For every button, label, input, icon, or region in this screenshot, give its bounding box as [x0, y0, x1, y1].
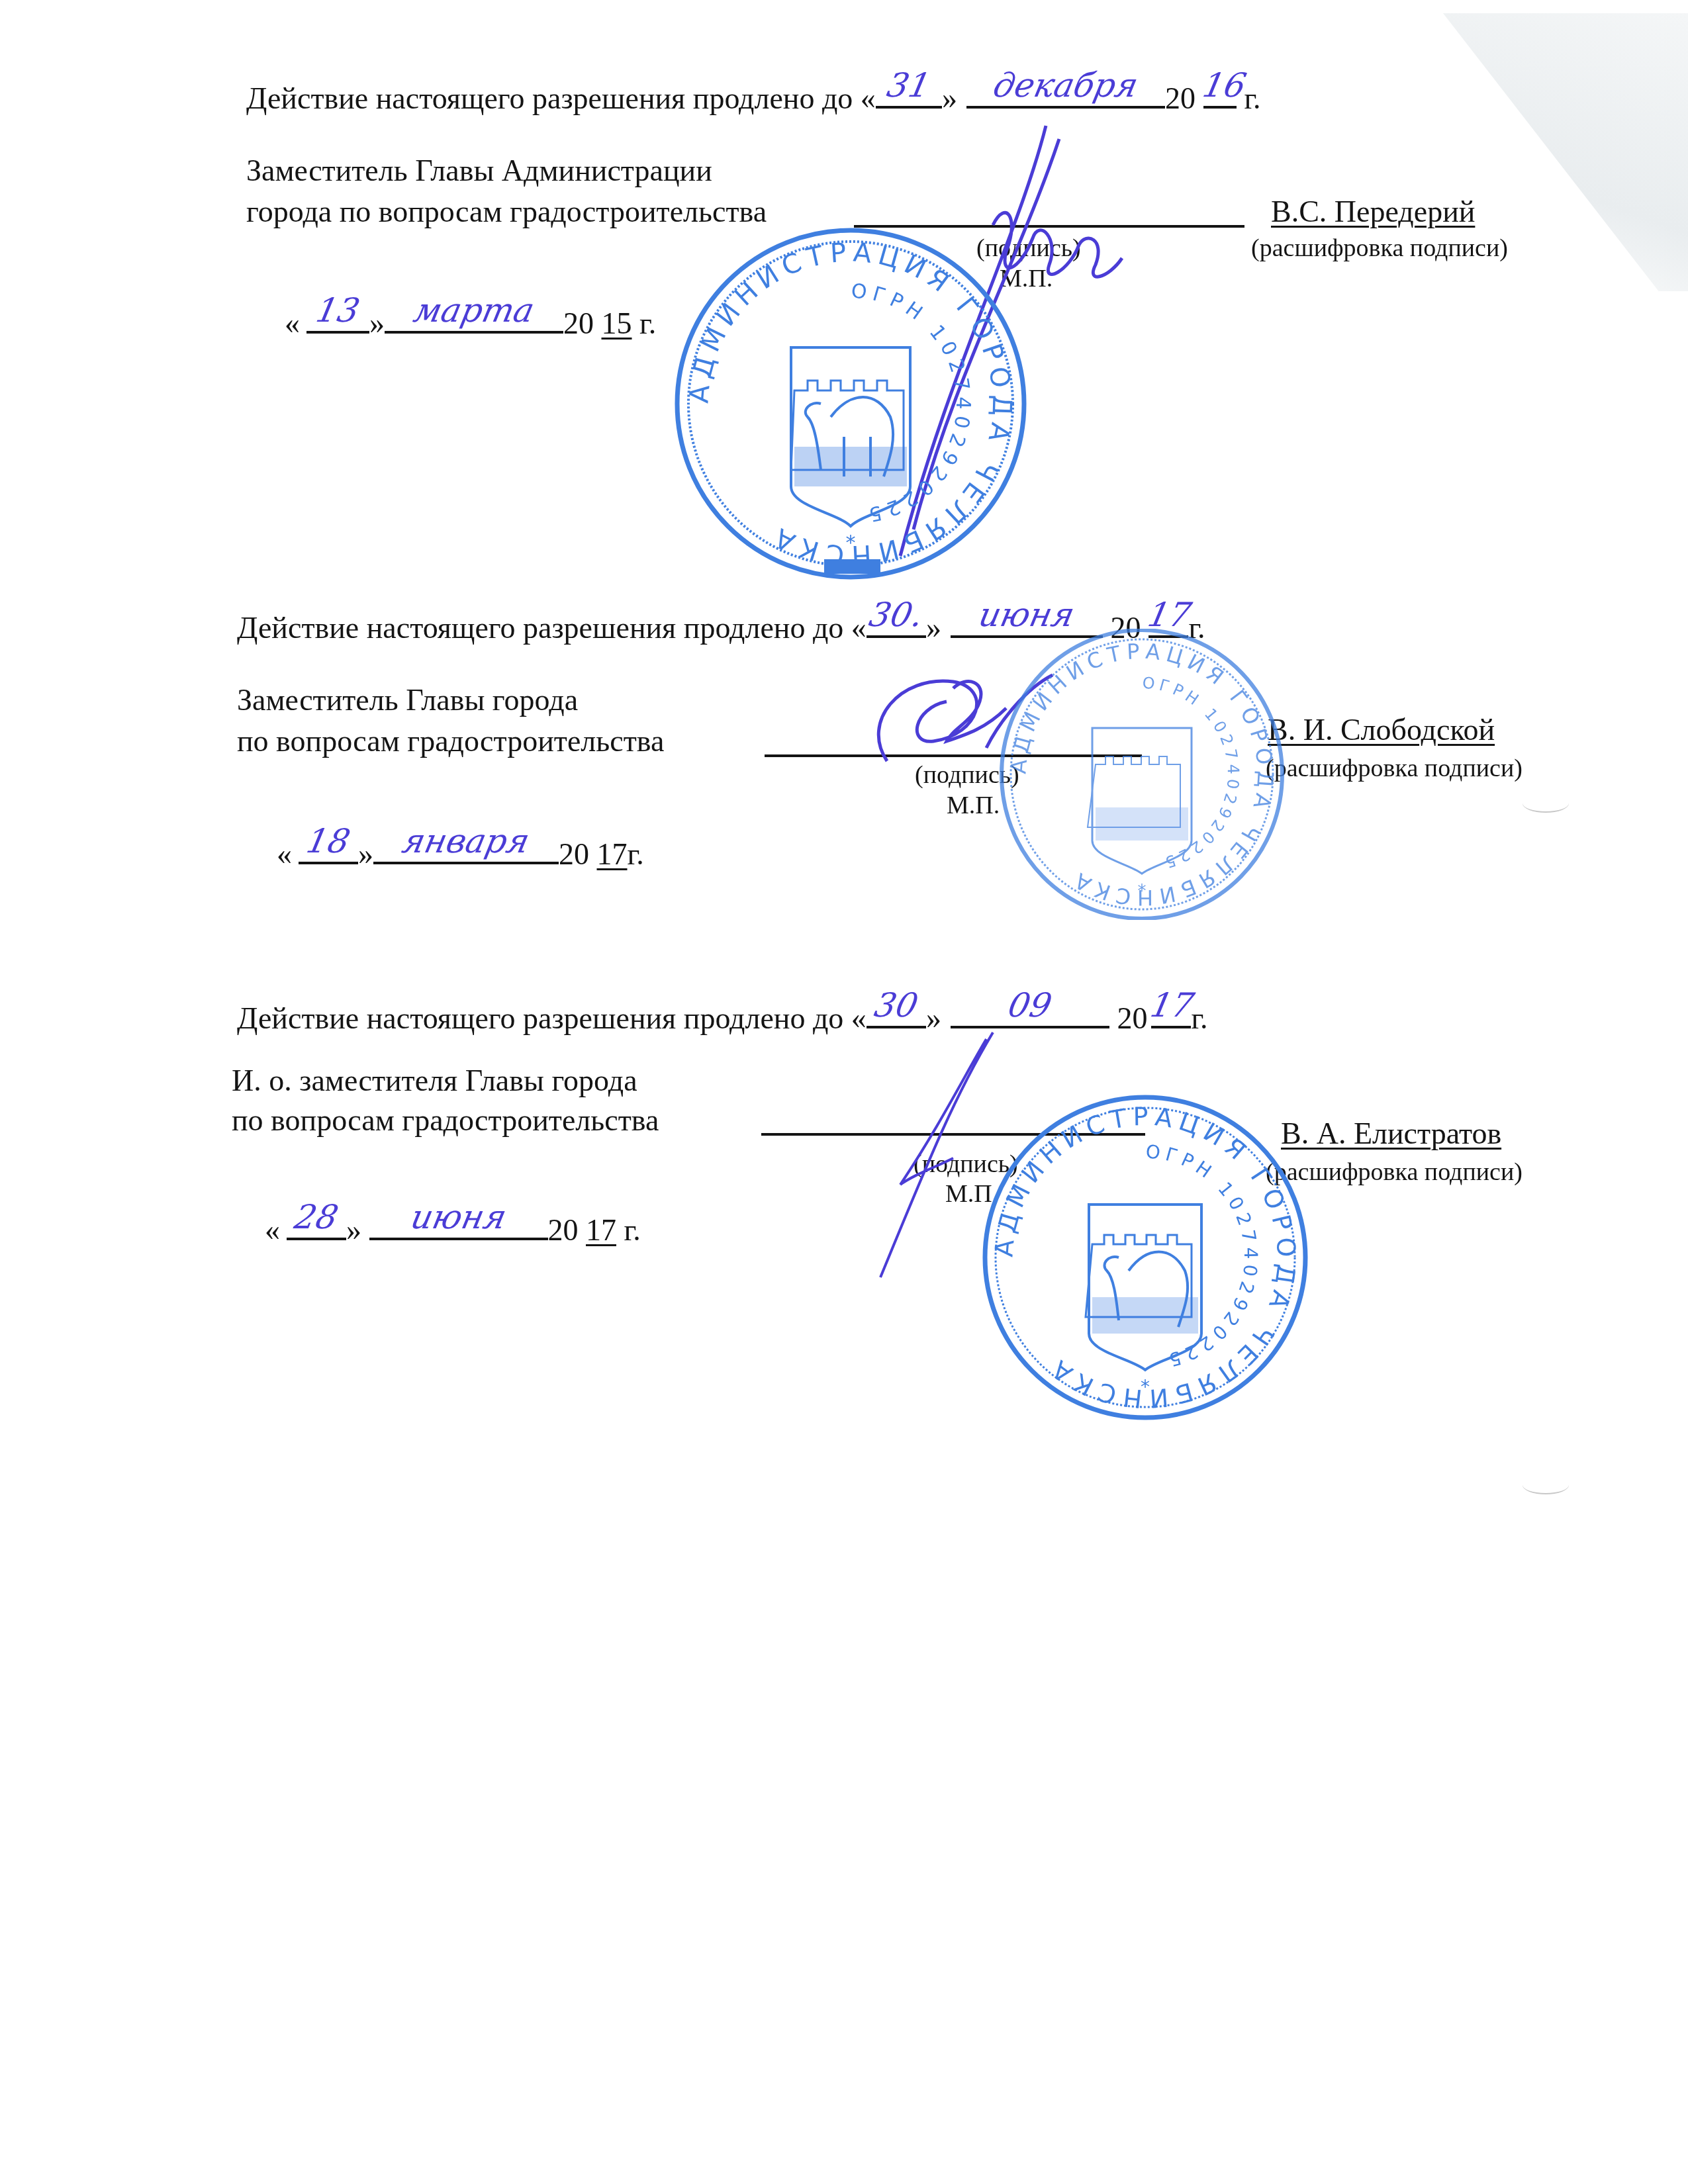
handwritten-day: 13: [303, 294, 373, 327]
position-title: по вопросам градостроительства: [232, 1105, 659, 1136]
svg-text:*: *: [846, 531, 856, 555]
handwritten-month: июня: [947, 598, 1107, 631]
position-title: города по вопросам градостроительства: [246, 197, 767, 227]
extension-date-line: Действие настоящего разрешения продлено …: [237, 999, 1208, 1034]
handwritten-year: 17: [1145, 598, 1192, 631]
official-seal-stamp: АДМИНИСТРАЦИЯ ГОРОДА ЧЕЛЯБИНСКА ОГРН 102…: [672, 225, 1029, 582]
handwritten-month: января: [370, 825, 563, 858]
seal-place-label: М.П.: [947, 793, 1000, 818]
position-title: И. о. заместителя Главы города: [232, 1066, 637, 1096]
official-seal-stamp: АДМИНИСТРАЦИЯ ГОРОДА ЧЕЛЯБИНСКА ОГРН 102…: [980, 1092, 1311, 1423]
handwritten-day: 18: [295, 825, 362, 858]
handwritten-day: 30.: [863, 598, 930, 631]
handwritten-month: декабря: [963, 69, 1169, 102]
handwritten-year: 16: [1200, 69, 1241, 102]
signing-date-line: «28» июня20 17 г.: [265, 1211, 641, 1246]
name-caption: (расшифровка подписи): [1266, 756, 1523, 781]
handwritten-day: 30: [863, 989, 930, 1022]
signer-name: В.С. Передерий: [1271, 197, 1475, 227]
position-title: Заместитель Главы города: [237, 685, 578, 715]
scanned-document-page: Действие настоящего разрешения продлено …: [0, 0, 1688, 2184]
handwritten-year: 17: [1148, 989, 1195, 1022]
handwritten-month: июня: [365, 1201, 551, 1234]
signer-name: В. А. Елистратов: [1281, 1118, 1501, 1149]
signing-date-line: «18»января20 17г.: [277, 835, 644, 870]
handwritten-month: марта: [381, 294, 567, 327]
position-title: Заместитель Главы Администрации: [246, 156, 712, 186]
signer-name: В. И. Слободской: [1268, 715, 1495, 745]
handwritten-day: 28: [283, 1201, 350, 1234]
punch-hole-mark: [1523, 794, 1569, 813]
svg-text:*: *: [1141, 1376, 1150, 1398]
svg-text:*: *: [1138, 882, 1147, 901]
handwritten-month: 09: [947, 989, 1113, 1022]
punch-hole-mark: [1523, 1476, 1569, 1494]
handwritten-day: 31: [872, 69, 946, 102]
name-caption: (расшифровка подписи): [1251, 236, 1508, 261]
signing-date-line: «13»марта20 15 г.: [285, 304, 656, 339]
position-title: по вопросам градостроительства: [237, 726, 664, 756]
official-seal-stamp: АДМИНИСТРАЦИЯ ГОРОДА ЧЕЛЯБИНСКА ОГРН 102…: [996, 629, 1288, 920]
